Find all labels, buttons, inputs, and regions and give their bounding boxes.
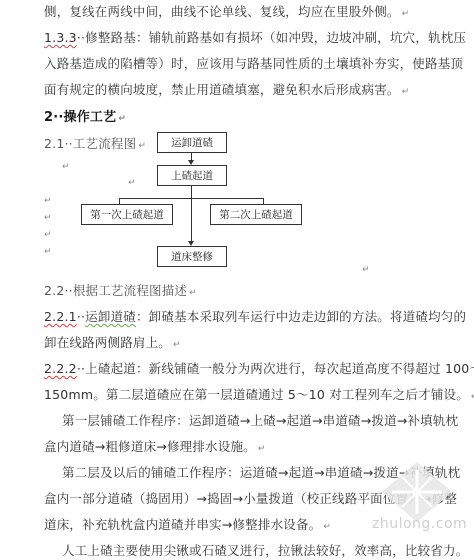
section-1-3-3: 1.3.3··修整路基：铺轨前路基如有损坏（如冲毁，边坡冲刷，坑穴，轨枕压 [44,30,466,46]
text: 道床，补充轨枕盒内道碴并串实→修整排水设备。 [44,517,321,532]
heading-text: 2··操作工艺 [44,110,116,125]
paragraph-mark: ↵ [323,522,331,532]
text: 第一层铺碴工作程序：运卸道碴→上碴→起道→串道碴→拨道→补填轨枕 [62,413,458,428]
text: 卸在线路两侧路肩上。 [44,335,171,350]
section-number: 1.3.3 [44,30,77,45]
paragraph-mark: ↵ [138,141,146,151]
paragraph-mark: ↵ [362,265,370,275]
text-line: 道床，补充轨枕盒内道碴并串实→修整排水设备。↵ [44,517,331,535]
step-label: 上碴起道 [171,168,213,183]
text: 修整路基：铺轨前路基如有损坏（如冲毁，边坡冲刷，坑穴，轨枕压 [85,30,466,45]
text: ：卸碴基本采取列车运行中边走边卸的方法。将道碴均匀的 [136,309,466,324]
watermark-text: zhulong.com [372,516,467,532]
text: 上碴起道：新线铺碴一般分为两次进行，每次起道高度不得超过 100～ [85,361,474,376]
text-line: 150mm。第二层道碴应在第一层道碴通过 5～10 对工程列车之后才铺设。↵ [44,387,474,405]
watermark-logo-icon [382,462,452,522]
flowchart-step-bed-trimming: 道床整修 [157,246,227,267]
flowchart-branch-second-lift: 第二次上碴起道 [210,204,302,225]
paragraph-mark: ↵ [402,87,410,97]
step-label: 第二次上碴起道 [219,207,293,222]
text: 人工上碴主要使用尖锹或石碴叉进行，拉锹法较好，效率高，比较省力。 [62,543,468,558]
step-label: 运卸道碴 [171,135,213,150]
paragraph-mark: ↵ [44,230,52,240]
paragraph-mark: ↵ [44,213,52,223]
manual-ballast-note: 人工上碴主要使用尖锹或石碴叉进行，拉锹法较好，效率高，比较省力。 [62,543,468,559]
section-number: 2.2.1 [44,309,77,324]
flowchart-step-unload-ballast: 运卸道碴 [157,132,227,153]
section-2-2: 2.2··根据工艺流程图描述↵ [44,283,197,301]
section-title: 运卸道碴 [85,309,136,324]
paragraph-mark: ↵ [118,114,126,124]
text: 侧，复线在两线中间，曲线不论单线、复线，均应在里股外侧。 [44,4,400,19]
text: 150mm。第二层道碴应在第一层道碴通过 5～10 对工程列车之后才铺设。 [44,387,469,402]
connector-line [191,186,192,242]
first-layer-procedure: 第一层铺碴工作程序：运卸道碴→上碴→起道→串道碴→拨道→补填轨枕 [62,413,458,429]
section-2-1: 2.1··工艺流程图↵ [44,136,146,154]
paragraph-mark: ↵ [62,162,70,172]
text-line: 盒内道碴→粗修道床→修理排水设施。↵ [44,439,266,457]
text: 2.1··工艺流程图 [44,136,136,151]
paragraph-mark: ↵ [258,444,266,454]
text: 盒内道碴→粗修道床→修理排水设施。 [44,439,256,454]
step-label: 第一次上碴起道 [90,207,164,222]
text: 面有规定的横向坡度，禁止用道碴填塞，避免积水后形成病害。 [44,82,400,97]
text: 2.2··根据工艺流程图描述 [44,283,187,298]
step-label: 道床整修 [171,249,213,264]
flowchart-branch-first-lift: 第一次上碴起道 [81,204,173,225]
paragraph-mark: ↵ [44,247,52,257]
paragraph-mark: ↵ [128,178,136,188]
text: 入路基造成的陷槽等）时，应该用与路基同性质的土壤填补夯实，使路基顶 [44,56,463,71]
text-line: 侧，复线在两线中间，曲线不论单线、复线，均应在里股外侧。↵ [44,4,409,22]
text-line: 卸在线路两侧路肩上。↵ [44,335,181,353]
section-2-2-1: 2.2.1··运卸道碴：卸碴基本采取列车运行中边走边卸的方法。将道碴均匀的 [44,309,466,325]
section-2-2-2: 2.2.2··上碴起道：新线铺碴一般分为两次进行，每次起道高度不得超过 100～ [44,361,474,377]
text-line: 入路基造成的陷槽等）时，应该用与路基同性质的土壤填补夯实，使路基顶 [44,56,463,72]
heading-operation-process: 2··操作工艺↵ [44,110,126,127]
text-line: 面有规定的横向坡度，禁止用道碴填塞，避免积水后形成病害。↵ [44,82,409,100]
paragraph-mark: ↵ [44,196,52,206]
section-number: 2.2.2 [44,361,77,376]
paragraph-mark: ↵ [189,288,197,298]
paragraph-mark: ↵ [402,9,410,19]
flowchart-step-ballast-lifting: 上碴起道 [157,165,227,186]
branch-line [119,198,264,199]
paragraph-mark: ↵ [173,340,181,350]
